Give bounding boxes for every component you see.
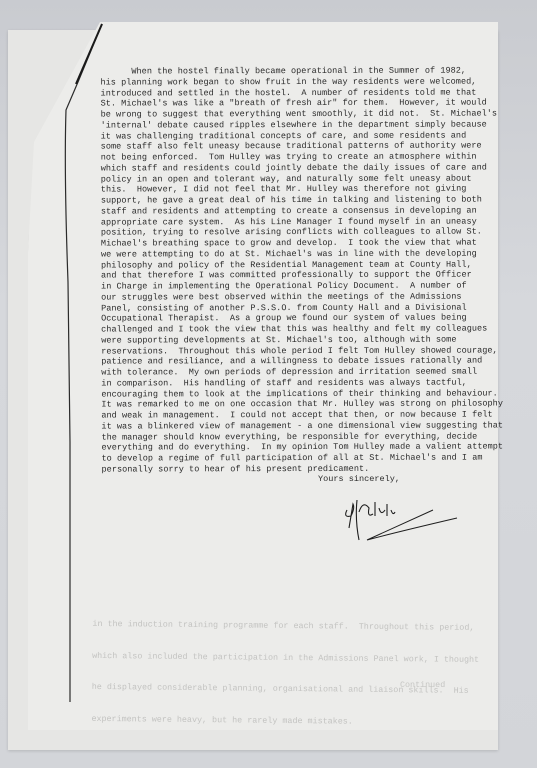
closing-salutation: Yours sincerely, [318,474,400,484]
letter-line: to develop a regime of full participatio… [101,452,511,464]
letter-line: in Charge in implementing the Operationa… [101,280,511,292]
letter-line: in comparison. His handling of staff and… [101,377,511,389]
letter-body: When the hostel finally became operation… [100,65,511,475]
letter-line: which staff and residents could jointly … [101,162,511,174]
letter-line: not being enforced. Tom Hulley was tryin… [101,151,511,163]
signature-icon [337,490,467,550]
letter-line: his planning work began to show fruit in… [100,76,510,88]
letter-line: 'internal' debate caused ripples elsewhe… [101,119,511,131]
letter-line: personally sorry to hear of his present … [102,463,512,475]
letter-line: our struggles were best observed within … [101,291,511,303]
letter-line: staff and residents and attempting to cr… [101,205,511,217]
letter-line: it was a blinkered view of management - … [101,420,511,432]
letter-line: Michael's breathing space to grow and de… [101,237,511,249]
letter-line: support, he gave a great deal of his tim… [101,194,511,206]
letter-line: and weak in management. I could not acce… [101,409,511,421]
bleed-through-text: in the induction training programme for … [91,598,492,739]
letter-line: When the hostel finally became operation… [100,65,510,77]
letter-line: were supporting developments at St. Mich… [101,334,511,346]
letter-line: be wrong to suggest that everything went… [101,108,511,120]
letter-line: challenged and I took the view that this… [101,323,511,335]
letter-line: with tolerance. My own periods of depres… [101,366,511,378]
letter-line: we were attempting to do at St. Michael'… [101,248,511,260]
bleed-through-continued: Continued [400,680,445,690]
